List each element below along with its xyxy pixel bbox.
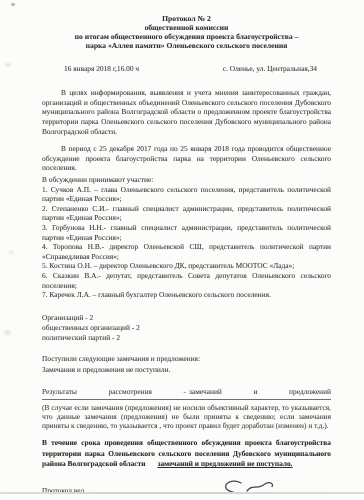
results-word: Результаты bbox=[42, 387, 77, 397]
results-word: рассмотрения bbox=[109, 387, 152, 397]
counts-line: общественных организаций - 2 bbox=[42, 323, 331, 333]
participant-item: 5. Костина О.Н. – директор Оленьевского … bbox=[42, 261, 331, 271]
scan-artifact bbox=[4, 330, 11, 335]
note-paragraph: (В случае если замечания (предложения) н… bbox=[42, 403, 331, 431]
title-line-4: парка «Аллея памяти» Оленьевского сельск… bbox=[42, 42, 331, 51]
participants-intro: В обсуждении принимают участие: bbox=[42, 175, 331, 185]
participant-item: 6. Сказкин В.А.- депутат, представитель … bbox=[42, 271, 331, 290]
date-place: с. Оленье, ул. Центральная,34 bbox=[223, 64, 317, 74]
results-word: -замечаний bbox=[184, 387, 222, 397]
document-title: Протокол № 2 общественной комиссии по ит… bbox=[42, 15, 331, 51]
scanned-protocol-document: Протокол № 2 общественной комиссии по ит… bbox=[0, 0, 364, 500]
scan-artifact bbox=[11, 3, 15, 6]
paragraph-purpose: В целях информирования, выявления и учет… bbox=[42, 88, 331, 136]
results-word: и bbox=[253, 387, 257, 397]
document-content: Протокол № 2 общественной комиссии по ит… bbox=[42, 15, 331, 500]
conclusion-paragraph: В течение срока проведения общественного… bbox=[42, 438, 331, 469]
participant-item: 2. Степаненко С.И.- главный специалист а… bbox=[42, 204, 331, 223]
participant-item: 1. Сучков А.П. – глава Оленьевского сель… bbox=[42, 185, 331, 204]
participants-list: 1. Сучков А.П. – глава Оленьевского сель… bbox=[42, 185, 331, 300]
remarks-intro: Поступили следующие замечания и предложе… bbox=[42, 354, 331, 364]
results-row: Результаты рассмотрения -замечаний и пре… bbox=[42, 387, 331, 397]
paragraph-period: В период с 25 декабря 2017 года по 25 ян… bbox=[42, 144, 331, 173]
conclusion-underlined: замечаний и предложений не поступало. bbox=[157, 459, 292, 468]
dateline: 16 января 2018 г,16.00 ч с. Оленье, ул. … bbox=[42, 64, 331, 74]
scan-artifact bbox=[5, 63, 11, 67]
scan-background bbox=[0, 494, 364, 500]
scan-dash-artifact: - bbox=[184, 387, 186, 396]
scan-artifact bbox=[9, 251, 13, 254]
results-word: предложений bbox=[289, 387, 331, 397]
remarks-block: Поступили следующие замечания и предложе… bbox=[42, 354, 331, 374]
participant-item: 7. Каречек Л.А. – главный бухгалтер Олен… bbox=[42, 290, 331, 300]
results-underline-rule bbox=[42, 399, 331, 400]
date-time: 16 января 2018 г,16.00 ч bbox=[64, 64, 139, 74]
counts-line: политический партий - 2 bbox=[42, 333, 331, 343]
counts-line: Организаций - 2 bbox=[42, 313, 331, 323]
remarks-result: Замечания и предложения не поступили. bbox=[42, 365, 331, 375]
participant-item: 4. Торопова Н.В.- директор Оленьевской С… bbox=[42, 242, 331, 261]
participant-item: 3. Горбунова Н.Н.- главный специалист ад… bbox=[42, 223, 331, 242]
counts-block: Организаций - 2 общественных организаций… bbox=[42, 313, 331, 344]
